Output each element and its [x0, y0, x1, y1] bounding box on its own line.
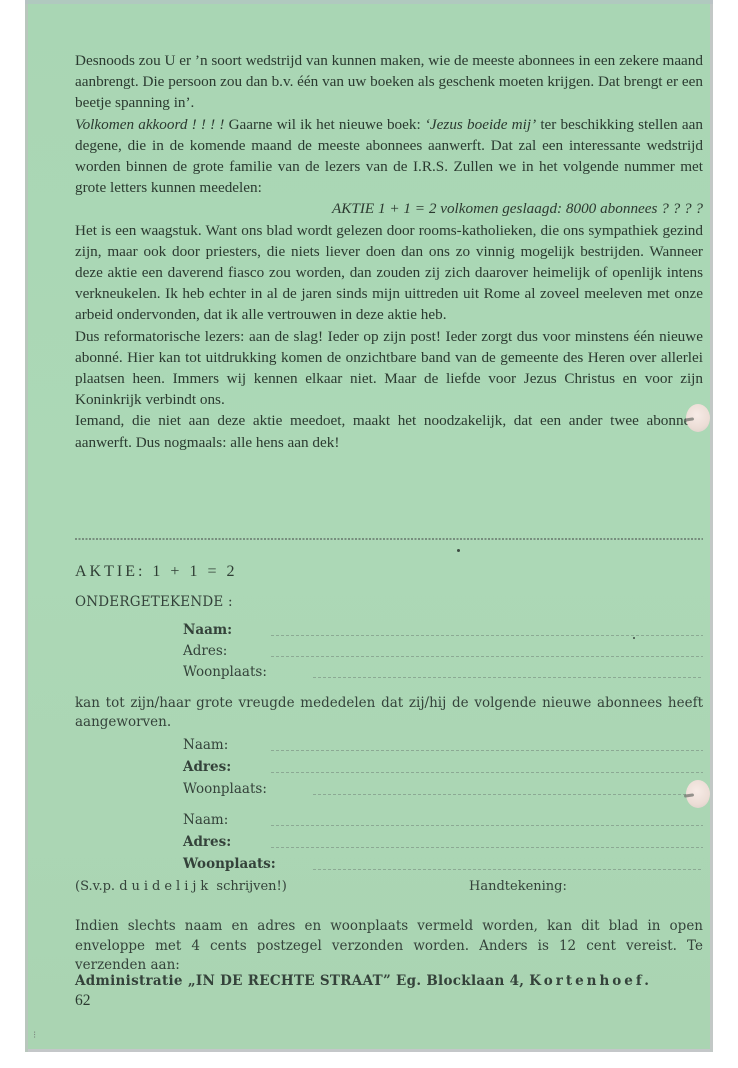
- subscriber-1-address-field[interactable]: Adres:: [183, 759, 703, 779]
- note-text: (S.v.p.: [75, 879, 115, 894]
- paragraph-3: Het is een waagstuk. Want ons blad wordt…: [75, 220, 703, 326]
- page-number: 62: [75, 992, 91, 1010]
- field-label: Adres:: [183, 643, 227, 659]
- punch-hole: [686, 404, 710, 432]
- postage-instructions: Indien slechts naam en adres en woonplaa…: [75, 917, 703, 976]
- subscriber-2-city-field[interactable]: Woonplaats:: [183, 856, 703, 876]
- paragraph-text: Het is een waagstuk. Want ons blad wordt…: [75, 222, 703, 324]
- address-town: Kortenhoef.: [529, 973, 652, 989]
- address-input-line[interactable]: [271, 772, 703, 773]
- form-title: AKTIE: 1 + 1 = 2: [75, 563, 237, 581]
- headline-text: AKTIE 1 + 1 = 2 volkomen geslaagd: 8000 …: [332, 200, 703, 217]
- statement-text: kan tot zijn/haar grote vreugde mededele…: [75, 694, 703, 732]
- paragraph-text: Iemand, die niet aan deze aktie meedoet,…: [75, 412, 703, 450]
- field-label: Woonplaats:: [183, 781, 267, 797]
- note-text: schrijven!): [216, 879, 286, 894]
- paper-speck: [457, 549, 460, 552]
- paragraph-text: Gaarne wil ik het nieuwe boek:: [224, 116, 424, 133]
- paragraph-text: Desnoods zou U er ’n soort wedstrijd van…: [75, 52, 703, 111]
- name-input-line[interactable]: [271, 825, 703, 826]
- punch-hole: [686, 780, 710, 808]
- article-body: Desnoods zou U er ’n soort wedstrijd van…: [75, 50, 703, 453]
- paragraph-2: Volkomen akkoord ! ! ! ! Gaarne wil ik h…: [75, 114, 703, 199]
- signature-label: Handtekening:: [469, 879, 567, 894]
- document-page: Desnoods zou U er ’n soort wedstrijd van…: [25, 0, 713, 1052]
- emphasis-text: Volkomen akkoord ! ! ! !: [75, 116, 224, 133]
- subscriber-1-name-field[interactable]: Naam:: [183, 737, 703, 757]
- city-input-line[interactable]: [313, 677, 703, 678]
- paragraph-1: Desnoods zou U er ’n soort wedstrijd van…: [75, 50, 703, 114]
- address-input-line[interactable]: [271, 656, 703, 657]
- margin-mark: ⁝: [33, 1030, 36, 1041]
- note-emphasis: duidelijk: [119, 879, 212, 894]
- field-label: Naam:: [183, 622, 232, 638]
- field-label: Naam:: [183, 812, 228, 828]
- field-label: Adres:: [183, 759, 231, 775]
- address-input-line[interactable]: [271, 847, 703, 848]
- mailing-address: Administratie „IN DE RECHTE STRAAT” Eg. …: [75, 973, 703, 989]
- paragraph-text: Dus reformatorische lezers: aan de slag!…: [75, 328, 703, 409]
- city-input-line[interactable]: [313, 794, 703, 795]
- undersigned-name-field[interactable]: Naam:: [183, 622, 703, 642]
- paragraph-5: Iemand, die niet aan deze aktie meedoet,…: [75, 410, 703, 452]
- name-input-line[interactable]: [271, 750, 703, 751]
- undersigned-city-field[interactable]: Woonplaats:: [183, 664, 703, 684]
- write-clearly-note: (S.v.p. duidelijk schrijven!): [75, 879, 287, 894]
- undersigned-label: ONDERGETEKENDE :: [75, 594, 233, 610]
- field-label: Adres:: [183, 834, 231, 850]
- subscriber-2-name-field[interactable]: Naam:: [183, 812, 703, 832]
- field-label: Woonplaats:: [183, 664, 267, 680]
- address-text: Administratie „IN DE RECHTE STRAAT” Eg. …: [75, 973, 524, 989]
- page-edge: [25, 0, 713, 4]
- name-input-line[interactable]: [271, 635, 703, 636]
- field-label: Woonplaats:: [183, 856, 276, 872]
- cut-line-divider: [75, 538, 703, 540]
- paragraph-4: Dus reformatorische lezers: aan de slag!…: [75, 326, 703, 411]
- field-label: Naam:: [183, 737, 228, 753]
- campaign-headline: AKTIE 1 + 1 = 2 volkomen geslaagd: 8000 …: [75, 198, 703, 219]
- subscriber-1-city-field[interactable]: Woonplaats:: [183, 781, 703, 801]
- subscriber-2-address-field[interactable]: Adres:: [183, 834, 703, 854]
- book-title: ‘Jezus boeide mij’: [425, 116, 536, 133]
- city-input-line[interactable]: [313, 869, 703, 870]
- undersigned-address-field[interactable]: Adres:: [183, 643, 703, 663]
